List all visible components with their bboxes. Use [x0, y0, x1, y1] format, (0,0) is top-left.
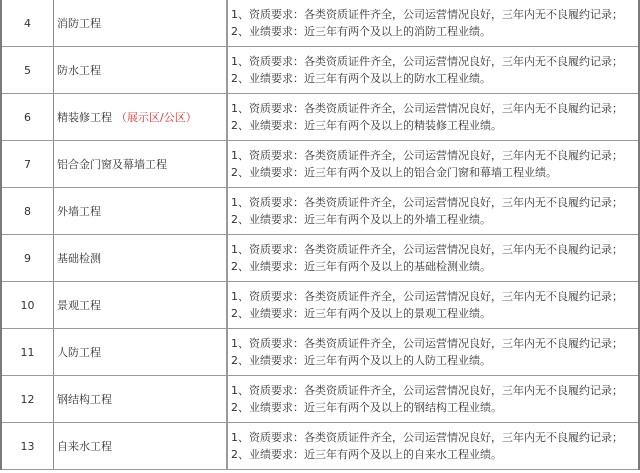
table-row: 10 景观工程 1、资质要求：各类资质证件齐全，公司运营情况良好，三年内无不良履… [1, 282, 639, 329]
project-name: 防水工程 [57, 64, 101, 77]
row-number: 11 [1, 329, 54, 376]
requirements-table: 4 消防工程 1、资质要求：各类资质证件齐全，公司运营情况良好，三年内无不良履约… [0, 0, 640, 470]
requirements-cell: 1、资质要求：各类资质证件齐全，公司运营情况良好，三年内无不良履约记录；2、业绩… [227, 141, 639, 188]
qualification-requirement: 1、资质要求：各类资质证件齐全，公司运营情况良好，三年内无不良履约记录； [231, 53, 638, 70]
qualification-requirement: 1、资质要求：各类资质证件齐全，公司运营情况良好，三年内无不良履约记录； [231, 147, 638, 164]
project-name: 精装修工程 [57, 111, 112, 124]
project-name-cell: 自来水工程 [54, 423, 228, 470]
performance-requirement: 2、业绩要求：近三年有两个及以上的防水工程业绩。 [231, 70, 638, 87]
row-number: 12 [1, 376, 54, 423]
table-row: 4 消防工程 1、资质要求：各类资质证件齐全，公司运营情况良好，三年内无不良履约… [1, 0, 639, 47]
project-name: 铝合金门窗及幕墙工程 [57, 158, 167, 171]
qualification-requirement: 1、资质要求：各类资质证件齐全，公司运营情况良好，三年内无不良履约记录； [231, 335, 638, 352]
row-number: 4 [1, 0, 54, 47]
project-name: 自来水工程 [57, 440, 112, 453]
requirements-cell: 1、资质要求：各类资质证件齐全，公司运营情况良好，三年内无不良履约记录；2、业绩… [227, 47, 639, 94]
table-row: 13 自来水工程 1、资质要求：各类资质证件齐全，公司运营情况良好，三年内无不良… [1, 423, 639, 470]
requirements-cell: 1、资质要求：各类资质证件齐全，公司运营情况良好，三年内无不良履约记录；2、业绩… [227, 282, 639, 329]
requirements-cell: 1、资质要求：各类资质证件齐全，公司运营情况良好，三年内无不良履约记录；2、业绩… [227, 329, 639, 376]
project-name: 基础检测 [57, 252, 101, 265]
row-number: 7 [1, 141, 54, 188]
table-row: 7 铝合金门窗及幕墙工程 1、资质要求：各类资质证件齐全，公司运营情况良好，三年… [1, 141, 639, 188]
table-row: 6 精装修工程（展示区/公区） 1、资质要求：各类资质证件齐全，公司运营情况良好… [1, 94, 639, 141]
performance-requirement: 2、业绩要求：近三年有两个及以上的铝合金门窗和幕墙工程业绩。 [231, 164, 638, 181]
project-name-cell: 人防工程 [54, 329, 228, 376]
qualification-requirement: 1、资质要求：各类资质证件齐全，公司运营情况良好，三年内无不良履约记录； [231, 241, 638, 258]
table-row: 5 防水工程 1、资质要求：各类资质证件齐全，公司运营情况良好，三年内无不良履约… [1, 47, 639, 94]
table-row: 12 钢结构工程 1、资质要求：各类资质证件齐全，公司运营情况良好，三年内无不良… [1, 376, 639, 423]
qualification-requirement: 1、资质要求：各类资质证件齐全，公司运营情况良好，三年内无不良履约记录； [231, 429, 638, 446]
project-name: 景观工程 [57, 299, 101, 312]
project-name-cell: 消防工程 [54, 0, 228, 47]
table-row: 8 外墙工程 1、资质要求：各类资质证件齐全，公司运营情况良好，三年内无不良履约… [1, 188, 639, 235]
row-number: 5 [1, 47, 54, 94]
row-number: 9 [1, 235, 54, 282]
row-number: 6 [1, 94, 54, 141]
requirements-cell: 1、资质要求：各类资质证件齐全，公司运营情况良好，三年内无不良履约记录；2、业绩… [227, 188, 639, 235]
project-name-cell: 外墙工程 [54, 188, 228, 235]
qualification-requirement: 1、资质要求：各类资质证件齐全，公司运营情况良好，三年内无不良履约记录； [231, 100, 638, 117]
project-name: 消防工程 [57, 17, 101, 30]
qualification-requirement: 1、资质要求：各类资质证件齐全，公司运营情况良好，三年内无不良履约记录； [231, 288, 638, 305]
qualification-requirement: 1、资质要求：各类资质证件齐全，公司运营情况良好，三年内无不良履约记录； [231, 6, 638, 23]
performance-requirement: 2、业绩要求：近三年有两个及以上的基础检测业绩。 [231, 258, 638, 275]
table-row: 11 人防工程 1、资质要求：各类资质证件齐全，公司运营情况良好，三年内无不良履… [1, 329, 639, 376]
performance-requirement: 2、业绩要求：近三年有两个及以上的人防工程业绩。 [231, 352, 638, 369]
table-row: 9 基础检测 1、资质要求：各类资质证件齐全，公司运营情况良好，三年内无不良履约… [1, 235, 639, 282]
project-name: 人防工程 [57, 346, 101, 359]
project-name-cell: 钢结构工程 [54, 376, 228, 423]
project-name: 钢结构工程 [57, 393, 112, 406]
project-note: （展示区/公区） [116, 111, 197, 124]
performance-requirement: 2、业绩要求：近三年有两个及以上的精装修工程业绩。 [231, 117, 638, 134]
row-number: 8 [1, 188, 54, 235]
performance-requirement: 2、业绩要求：近三年有两个及以上的自来水工程业绩。 [231, 446, 638, 463]
project-name-cell: 基础检测 [54, 235, 228, 282]
requirements-cell: 1、资质要求：各类资质证件齐全，公司运营情况良好，三年内无不良履约记录；2、业绩… [227, 94, 639, 141]
requirements-table-container: 4 消防工程 1、资质要求：各类资质证件齐全，公司运营情况良好，三年内无不良履约… [0, 0, 640, 470]
project-name-cell: 精装修工程（展示区/公区） [54, 94, 228, 141]
row-number: 10 [1, 282, 54, 329]
project-name-cell: 铝合金门窗及幕墙工程 [54, 141, 228, 188]
project-name-cell: 防水工程 [54, 47, 228, 94]
requirements-cell: 1、资质要求：各类资质证件齐全，公司运营情况良好，三年内无不良履约记录；2、业绩… [227, 0, 639, 47]
qualification-requirement: 1、资质要求：各类资质证件齐全，公司运营情况良好，三年内无不良履约记录； [231, 194, 638, 211]
performance-requirement: 2、业绩要求：近三年有两个及以上的钢结构工程业绩。 [231, 399, 638, 416]
performance-requirement: 2、业绩要求：近三年有两个及以上的消防工程业绩。 [231, 23, 638, 40]
performance-requirement: 2、业绩要求：近三年有两个及以上的景观工程业绩。 [231, 305, 638, 322]
qualification-requirement: 1、资质要求：各类资质证件齐全，公司运营情况良好，三年内无不良履约记录； [231, 382, 638, 399]
performance-requirement: 2、业绩要求：近三年有两个及以上的外墙工程业绩。 [231, 211, 638, 228]
project-name-cell: 景观工程 [54, 282, 228, 329]
requirements-cell: 1、资质要求：各类资质证件齐全，公司运营情况良好，三年内无不良履约记录；2、业绩… [227, 235, 639, 282]
project-name: 外墙工程 [57, 205, 101, 218]
row-number: 13 [1, 423, 54, 470]
requirements-cell: 1、资质要求：各类资质证件齐全，公司运营情况良好，三年内无不良履约记录；2、业绩… [227, 376, 639, 423]
requirements-cell: 1、资质要求：各类资质证件齐全，公司运营情况良好，三年内无不良履约记录；2、业绩… [227, 423, 639, 470]
